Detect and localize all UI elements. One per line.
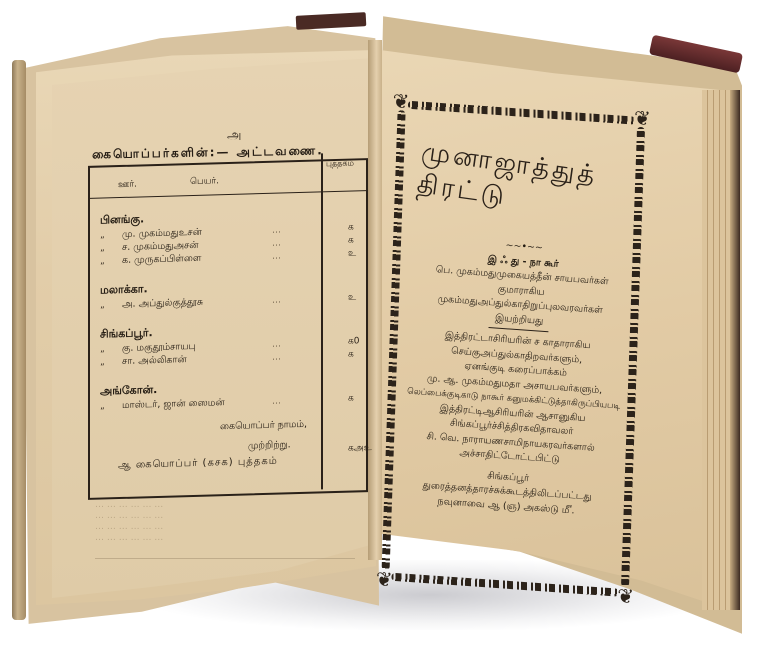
leader-dots: … — [272, 237, 332, 249]
title-page-text: ~~•~~ இ ஃ து - நா கூர் பெ. முகம்மதுமுகைய… — [386, 232, 645, 522]
ditto-mark: „ — [100, 356, 122, 367]
leader-dots: … — [272, 338, 332, 350]
book-count: க — [348, 349, 354, 360]
ditto-mark: „ — [100, 229, 122, 240]
fleuron-icon: ❦ — [390, 89, 413, 113]
header-place: ஊர். — [118, 180, 137, 192]
ghost-line: … … … … … … — [95, 522, 355, 533]
ditto-mark: „ — [100, 242, 122, 253]
book-count: க — [348, 222, 354, 233]
show-through-text: … … … … … … … … … … … … … … … … … … … … … — [95, 500, 355, 559]
subscriber-name: க. முருகப்பிள்ளை — [122, 250, 272, 266]
leader-dots: … — [272, 224, 332, 236]
ghost-line: … … … … … … — [95, 511, 355, 522]
ditto-mark: „ — [100, 343, 122, 354]
worn-left-binding — [12, 60, 26, 620]
book-count: க — [348, 235, 354, 246]
closing-line-1: கையொப்பர் நாமம், — [220, 419, 307, 433]
right-cover-edge — [730, 90, 740, 610]
page-leaves-edge — [702, 90, 730, 610]
book-count: க0 — [348, 336, 359, 347]
closing-line-2: முற்றிற்று. — [248, 439, 291, 452]
book-count: உ — [348, 248, 356, 259]
fleuron-icon: ❦ — [373, 567, 396, 591]
book-photo: அ கையொப்பர்களின்:— அட்டவணை. ஊர். பெயர். … — [0, 0, 757, 653]
book-count: உ — [348, 292, 356, 303]
table-header: ஊர். பெயர். புத்தகம் — [90, 160, 366, 199]
leader-dots: … — [272, 294, 332, 306]
subscriber-name: மாஸ்டர், ஜான் ஸைமன் — [122, 395, 272, 411]
closing-block: கையொப்பர் நாமம், முற்றிற்று. கஅஉ — [100, 413, 370, 461]
subscriber-name: அ. அப்துல்குத்தூசு — [122, 294, 272, 310]
leader-dots: … — [272, 395, 332, 407]
grand-total-value: கஅஉ — [348, 443, 372, 455]
book-count: க — [348, 393, 354, 404]
header-books: புத்தகம் — [326, 158, 354, 169]
subscriber-name: சா. அல்லிகான் — [122, 351, 272, 367]
signature-mark: அ — [227, 128, 241, 144]
ditto-mark: „ — [100, 255, 122, 266]
ghost-line: … … … … … … — [95, 500, 355, 511]
ghost-line: … … … … … … — [95, 533, 355, 544]
book-gutter — [368, 40, 382, 560]
header-name: பெயர். — [190, 176, 219, 188]
fleuron-icon: ❦ — [631, 106, 654, 130]
leather-cover-fragment — [296, 12, 367, 30]
ditto-mark: „ — [100, 400, 122, 411]
ditto-mark: „ — [100, 299, 122, 310]
subscribers-table: ஊர். பெயர். புத்தகம் பினங்கு. „ மு. முகம… — [88, 158, 368, 500]
fleuron-icon: ❦ — [614, 584, 637, 608]
leader-dots: … — [272, 250, 332, 262]
table-body: பினங்கு. „ மு. முகம்மதுஉசன் … க „ ச. முக… — [100, 200, 370, 461]
leader-dots: … — [272, 351, 332, 363]
